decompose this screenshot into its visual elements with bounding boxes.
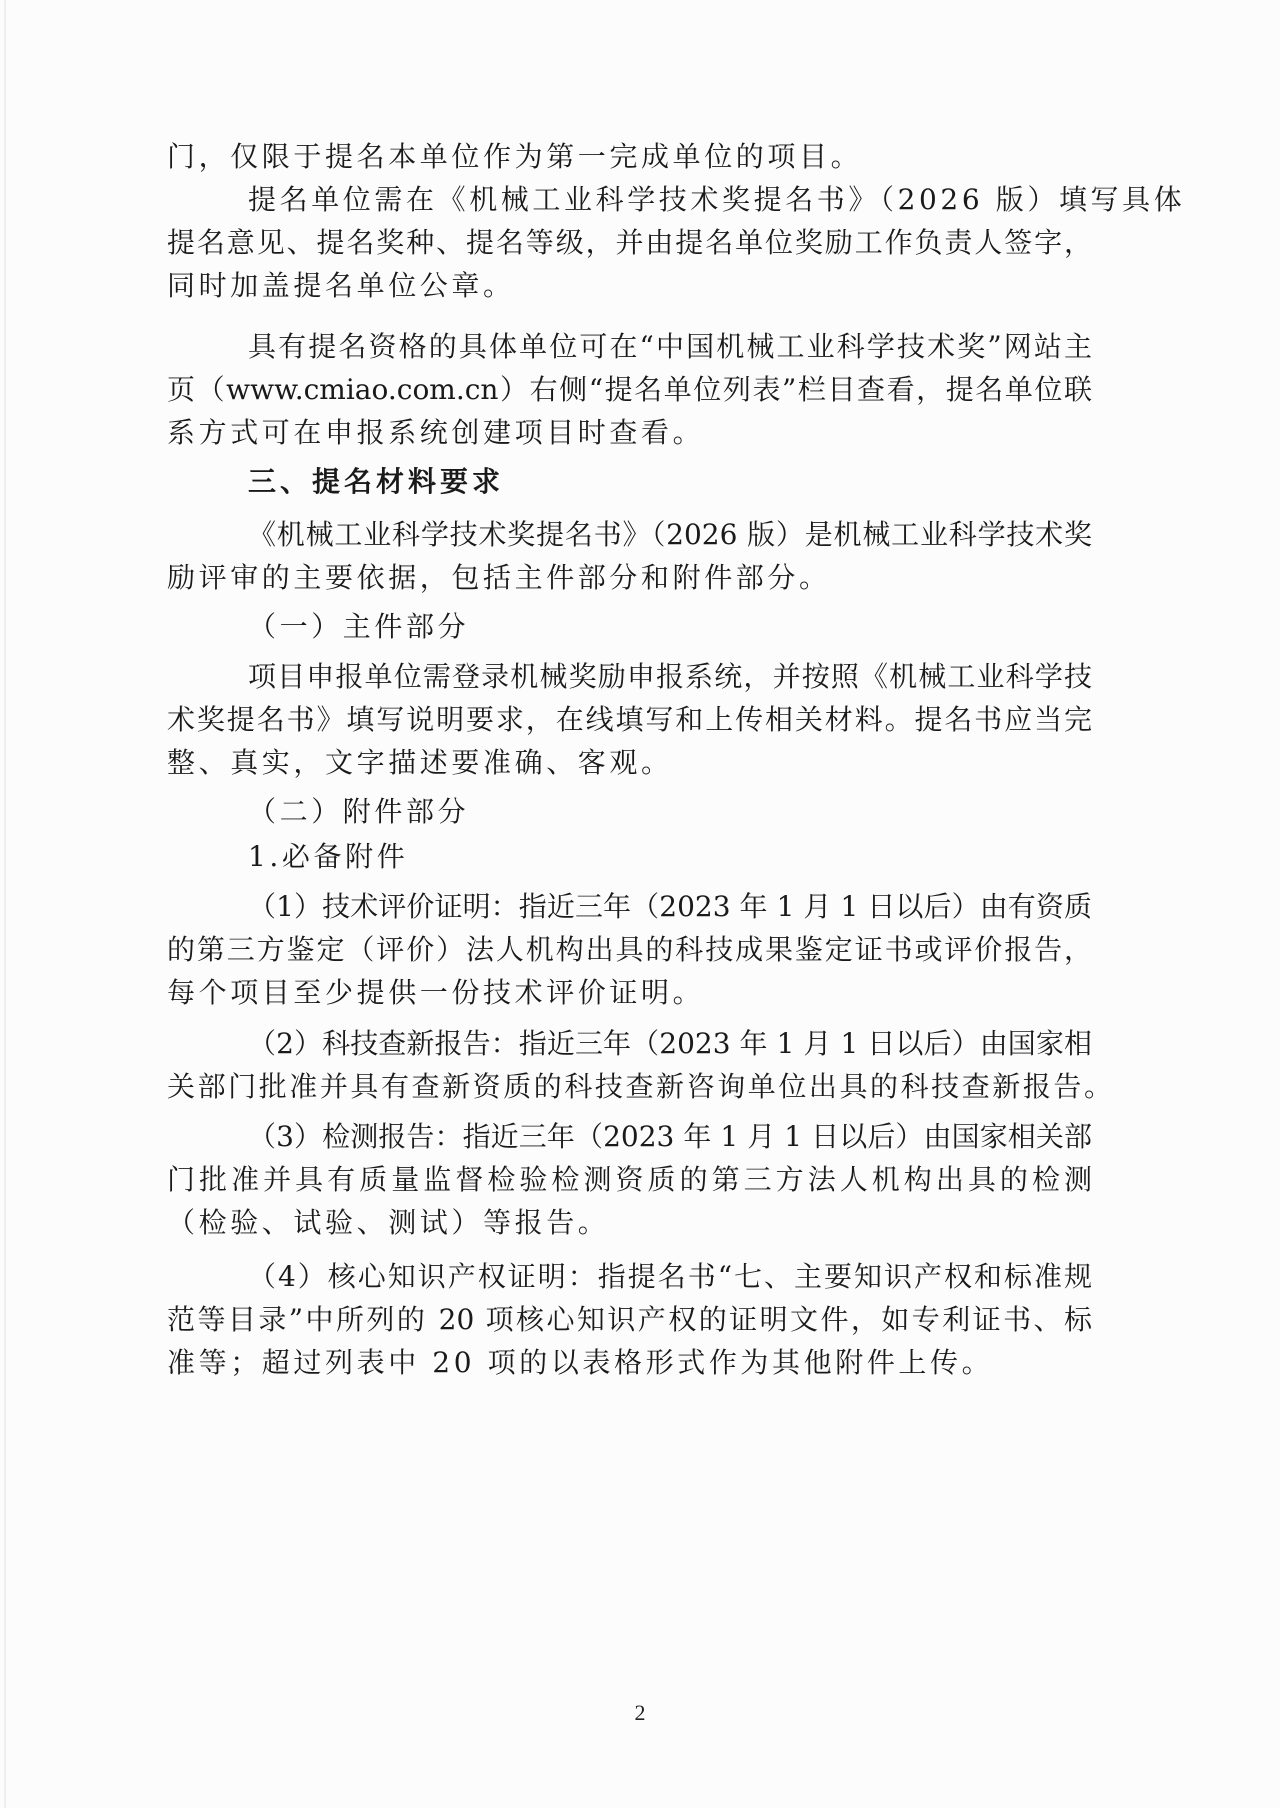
subsection-heading: 1.必备附件 [248,835,1173,878]
paragraph-line: 术奖提名书》填写说明要求，在线填写和上传相关材料。提名书应当完 [167,698,1092,741]
paragraph-line: 具有提名资格的具体单位可在“中国机械工业科学技术奖”网站主 [248,325,1092,368]
paragraph-line: （2）科技查新报告：指近三年（2023 年 1 月 1 日以后）由国家相 [248,1022,1092,1065]
paragraph-line: 门，仅限于提名本单位作为第一完成单位的项目。 [167,135,1092,178]
paragraph-line: 页（www.cmiao.com.cn）右侧“提名单位列表”栏目查看，提名单位联 [167,368,1092,411]
paragraph-line: 励评审的主要依据，包括主件部分和附件部分。 [167,556,1092,599]
paragraph-line: 的第三方鉴定（评价）法人机构出具的科技成果鉴定证书或评价报告， [167,928,1092,971]
paragraph-line: 同时加盖提名单位公章。 [167,264,1092,307]
paragraph-line: 提名意见、提名奖种、提名等级，并由提名单位奖励工作负责人签字， [167,221,1092,264]
paragraph-line: （1）技术评价证明：指近三年（2023 年 1 月 1 日以后）由有资质 [248,885,1092,928]
paragraph-line: 每个项目至少提供一份技术评价证明。 [167,971,1092,1014]
page-number: 2 [0,1700,1280,1726]
paragraph-line: 门批准并具有质量监督检验检测资质的第三方法人机构出具的检测 [167,1158,1092,1201]
paragraph-line: 整、真实，文字描述要准确、客观。 [167,741,1092,784]
paragraph-line: 关部门批准并具有查新资质的科技查新咨询单位出具的科技查新报告。 [167,1065,1112,1108]
paragraph-line: 系方式可在申报系统创建项目时查看。 [167,411,1092,454]
subsection-heading: （二）附件部分 [248,790,1173,833]
section-heading: 三、提名材料要求 [248,460,1173,503]
paragraph-line: （4）核心知识产权证明：指提名书“七、主要知识产权和标准规 [248,1255,1092,1298]
paragraph-line: （检验、试验、测试）等报告。 [167,1201,1092,1244]
document-page: 门，仅限于提名本单位作为第一完成单位的项目。 提名单位需在《机械工业科学技术奖提… [0,0,1280,1808]
scan-edge-shadow [4,0,6,1808]
paragraph-line: 准等；超过列表中 20 项的以表格形式作为其他附件上传。 [167,1341,1092,1384]
paragraph-line: 范等目录”中所列的 20 项核心知识产权的证明文件，如专利证书、标 [167,1298,1092,1341]
paragraph-line: 提名单位需在《机械工业科学技术奖提名书》（2026 版）填写具体 [248,178,1092,221]
paragraph-line: 项目申报单位需登录机械奖励申报系统，并按照《机械工业科学技 [248,655,1092,698]
paragraph-line: （3）检测报告：指近三年（2023 年 1 月 1 日以后）由国家相关部 [248,1115,1092,1158]
paragraph-line: 《机械工业科学技术奖提名书》（2026 版）是机械工业科学技术奖 [248,513,1092,556]
subsection-heading: （一）主件部分 [248,605,1173,648]
